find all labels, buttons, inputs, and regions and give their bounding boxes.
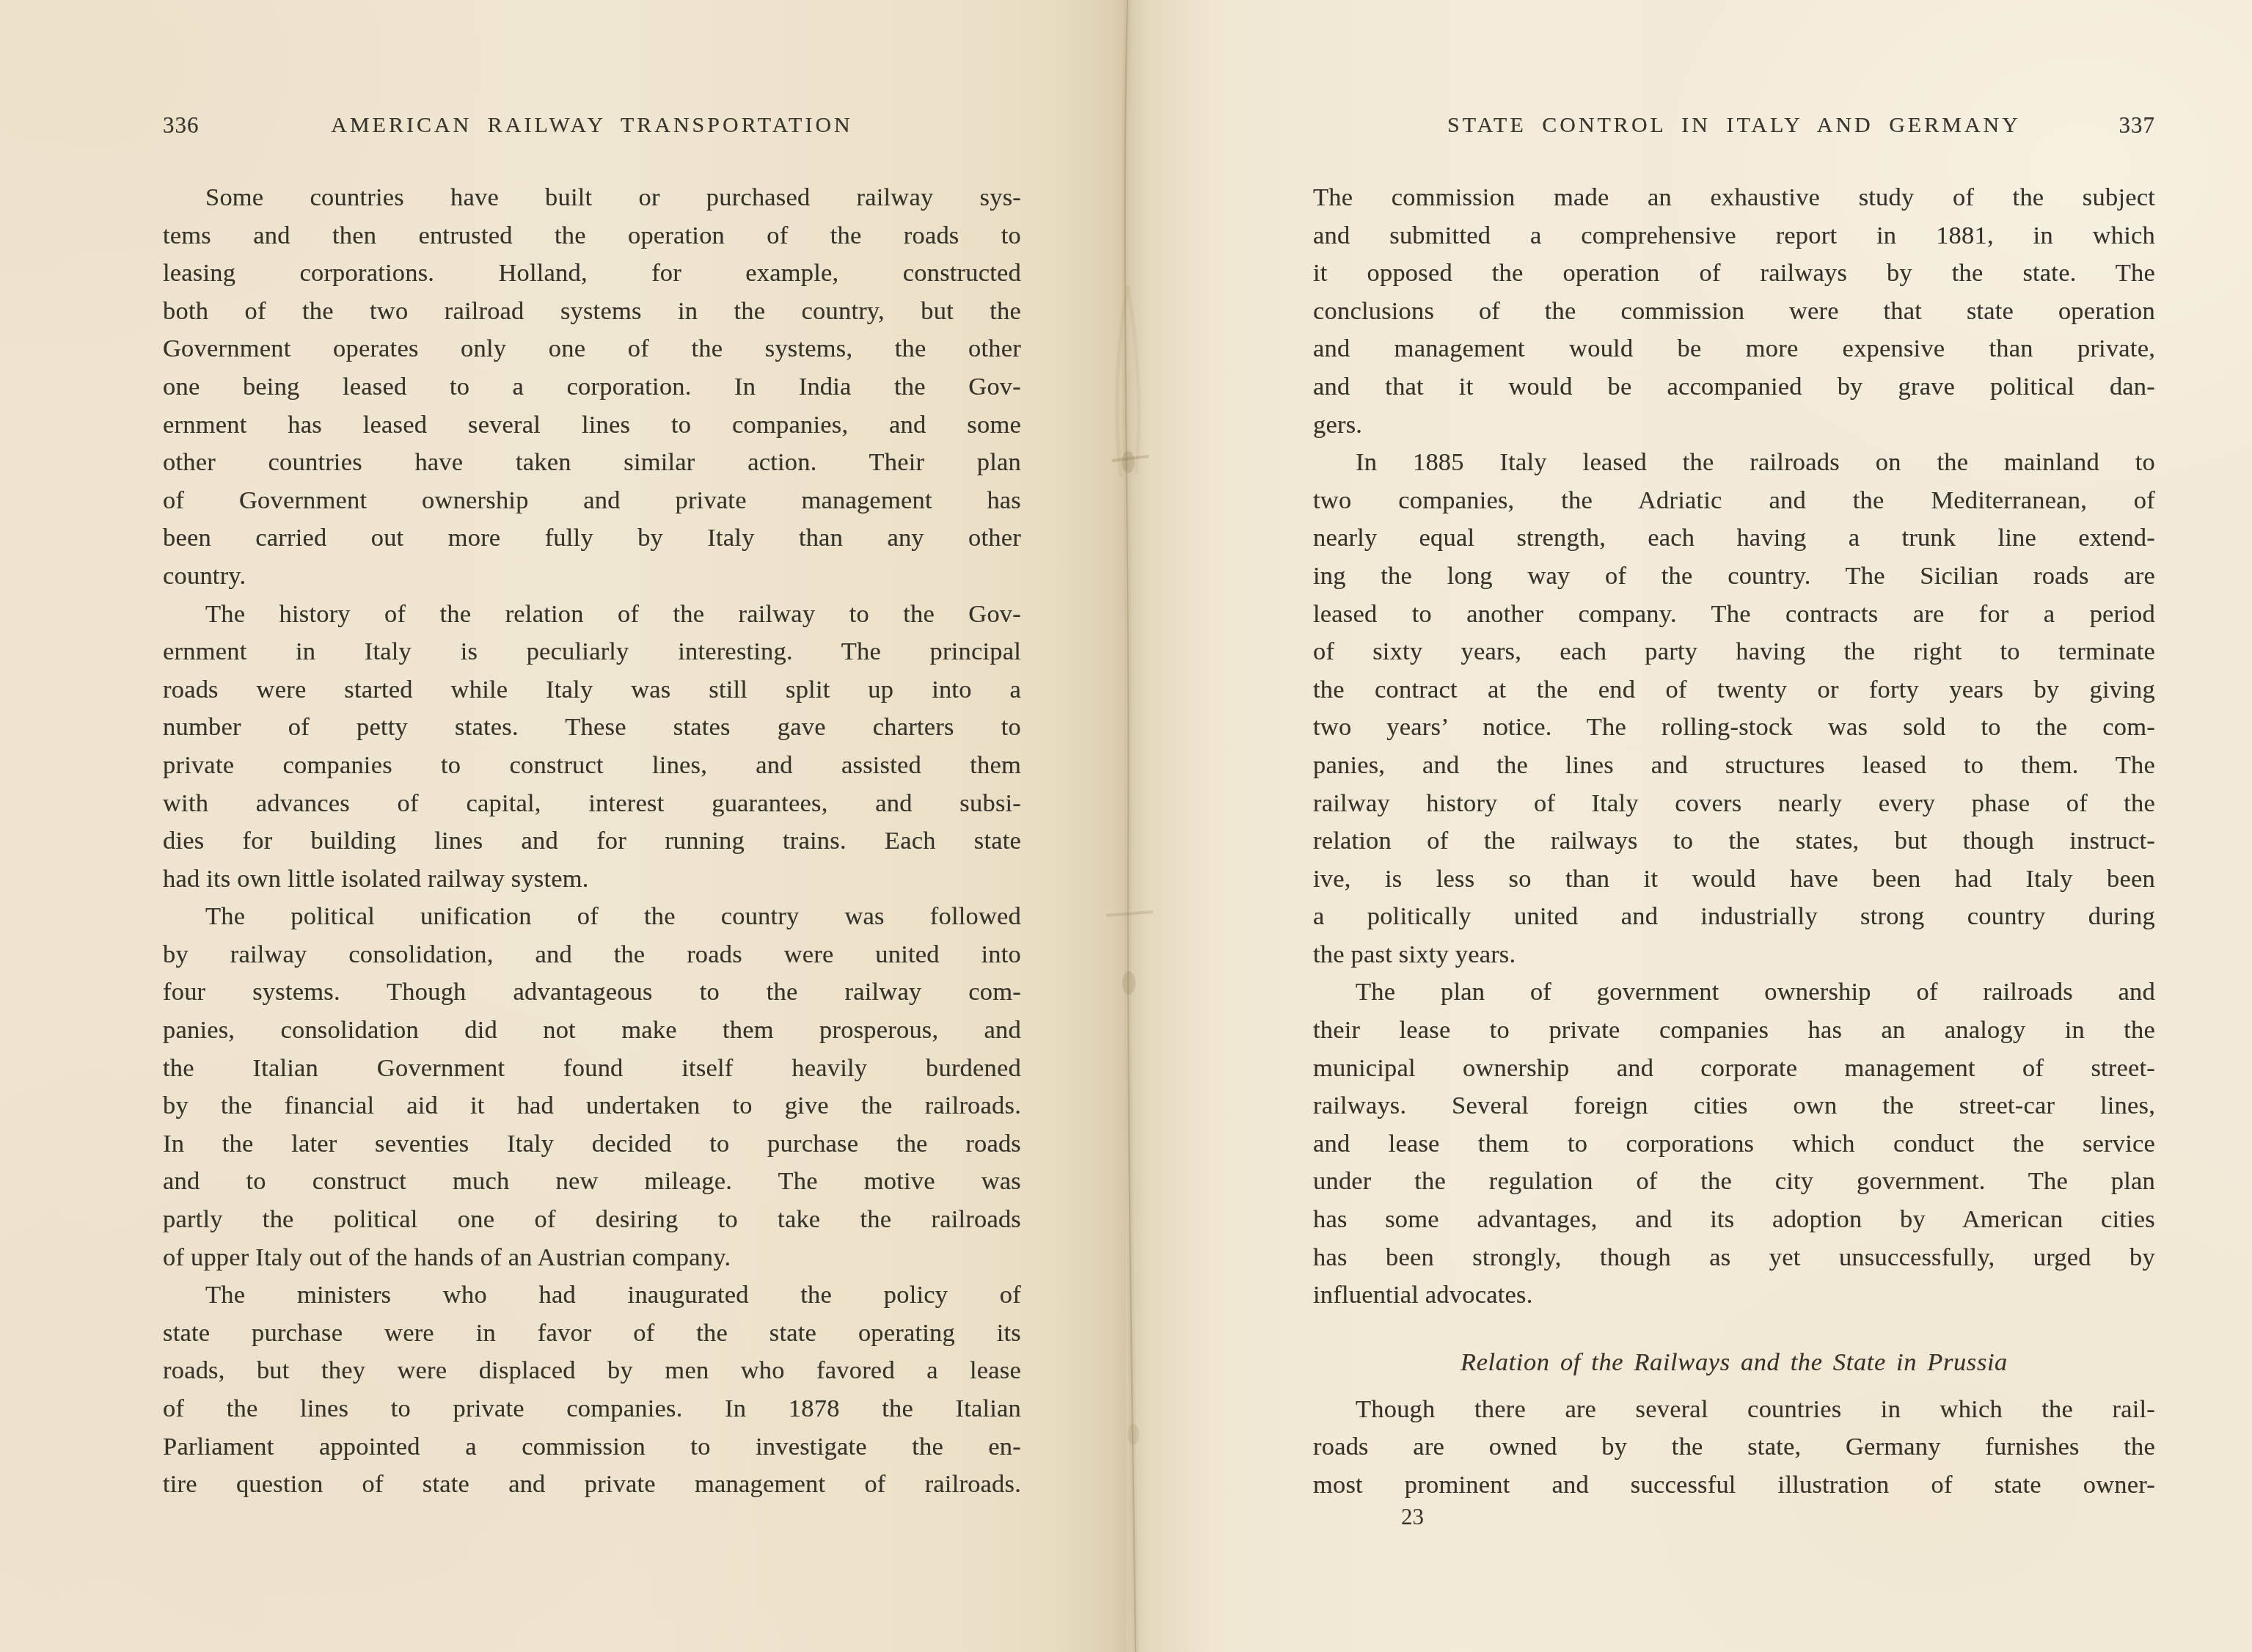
text-line: and management would be more expensive t…: [1313, 330, 2155, 368]
paragraph: The ministers who had inaugurated the po…: [163, 1276, 1021, 1504]
text-line: leasing corporations. Holland, for examp…: [163, 255, 1021, 293]
text-line: Government operates only one of the syst…: [163, 330, 1021, 368]
text-line: one being leased to a corporation. In In…: [163, 368, 1021, 406]
text-line: has some advantages, and its adoption by…: [1313, 1201, 2155, 1239]
right-body-text-after-heading: Though there are several countries in wh…: [1313, 1391, 2155, 1505]
text-line: state purchase were in favor of the stat…: [163, 1315, 1021, 1353]
text-line: country.: [163, 558, 1021, 596]
text-line: The ministers who had inaugurated the po…: [163, 1276, 1021, 1315]
right-body-text: The commission made an exhaustive study …: [1313, 179, 2155, 1315]
right-text-block: STATE CONTROL IN ITALY AND GERMANY 337 T…: [1313, 110, 2155, 1534]
text-line: under the regulation of the city governm…: [1313, 1163, 2155, 1201]
text-line: two companies, the Adriatic and the Medi…: [1313, 482, 2155, 520]
left-text-block: 336 AMERICAN RAILWAY TRANSPORTATION Some…: [163, 110, 1021, 1504]
text-line: influential advocates.: [1313, 1276, 2155, 1315]
text-line: of upper Italy out of the hands of an Au…: [163, 1239, 1021, 1277]
text-line: partly the political one of desiring to …: [163, 1201, 1021, 1239]
text-line: nearly equal strength, each having a tru…: [1313, 519, 2155, 558]
text-line: with advances of capital, interest guara…: [163, 785, 1021, 823]
text-line: roads, but they were displaced by men wh…: [163, 1352, 1021, 1390]
text-line: In 1885 Italy leased the railroads on th…: [1313, 444, 2155, 482]
text-line: ernment in Italy is peculiarly interesti…: [163, 633, 1021, 671]
text-line: In the later seventies Italy decided to …: [163, 1125, 1021, 1163]
text-line: other countries have taken similar actio…: [163, 444, 1021, 482]
right-running-title: STATE CONTROL IN ITALY AND GERMANY: [1313, 110, 2155, 141]
page-right: STATE CONTROL IN ITALY AND GERMANY 337 T…: [1126, 0, 2252, 1652]
text-line: The commission made an exhaustive study …: [1313, 179, 2155, 217]
text-line: and submitted a comprehensive report in …: [1313, 217, 2155, 255]
text-line: had its own little isolated railway syst…: [163, 860, 1021, 899]
text-line: municipal ownership and corporate manage…: [1313, 1050, 2155, 1088]
right-page-number: 337: [2119, 110, 2156, 141]
paragraph: The commission made an exhaustive study …: [1313, 179, 2155, 444]
text-line: dies for building lines and for running …: [163, 822, 1021, 860]
text-line: ing the long way of the country. The Sic…: [1313, 558, 2155, 596]
text-line: it opposed the operation of railways by …: [1313, 255, 2155, 293]
left-running-title: AMERICAN RAILWAY TRANSPORTATION: [163, 110, 1021, 141]
text-line: of Government ownership and private mana…: [163, 482, 1021, 520]
text-line: roads were started while Italy was still…: [163, 671, 1021, 709]
left-page-number: 336: [163, 110, 200, 141]
text-line: The plan of government ownership of rail…: [1313, 973, 2155, 1012]
text-line: relation of the railways to the states, …: [1313, 822, 2155, 860]
text-line: tems and then entrusted the operation of…: [163, 217, 1021, 255]
text-line: The history of the relation of the railw…: [163, 596, 1021, 634]
text-line: two years’ notice. The rolling-stock was…: [1313, 709, 2155, 747]
paragraph: Some countries have built or purchased r…: [163, 179, 1021, 596]
text-line: panies, and the lines and structures lea…: [1313, 747, 2155, 785]
text-line: of the lines to private companies. In 18…: [163, 1390, 1021, 1428]
text-line: tire question of state and private manag…: [163, 1466, 1021, 1504]
text-line: private companies to construct lines, an…: [163, 747, 1021, 785]
text-line: Some countries have built or purchased r…: [163, 179, 1021, 217]
text-line: Though there are several countries in wh…: [1313, 1391, 2155, 1429]
text-line: ive, is less so than it would have been …: [1313, 860, 2155, 899]
text-line: most prominent and successful illustrati…: [1313, 1466, 2155, 1505]
text-line: been carried out more fully by Italy tha…: [163, 519, 1021, 558]
text-line: by railway consolidation, and the roads …: [163, 936, 1021, 974]
text-line: The political unification of the country…: [163, 898, 1021, 936]
text-line: both of the two railroad systems in the …: [163, 293, 1021, 331]
paragraph: The political unification of the country…: [163, 898, 1021, 1276]
paragraph: The plan of government ownership of rail…: [1313, 973, 2155, 1314]
right-running-head: STATE CONTROL IN ITALY AND GERMANY 337: [1313, 110, 2155, 141]
text-line: their lease to private companies has an …: [1313, 1012, 2155, 1050]
text-line: by the financial aid it had undertaken t…: [163, 1087, 1021, 1125]
text-line: gers.: [1313, 406, 2155, 445]
text-line: of sixty years, each party having the ri…: [1313, 633, 2155, 671]
book-spread: 336 AMERICAN RAILWAY TRANSPORTATION Some…: [0, 0, 2252, 1652]
signature-mark: 23: [1313, 1500, 2155, 1534]
section-heading: Relation of the Railways and the State i…: [1313, 1345, 2155, 1379]
text-line: the contract at the end of twenty or for…: [1313, 671, 2155, 709]
text-line: four systems. Though advantageous to the…: [163, 973, 1021, 1012]
text-line: has been strongly, though as yet unsucce…: [1313, 1239, 2155, 1277]
text-line: and that it would be accompanied by grav…: [1313, 368, 2155, 406]
text-line: the past sixty years.: [1313, 936, 2155, 974]
paragraph: In 1885 Italy leased the railroads on th…: [1313, 444, 2155, 973]
paragraph: The history of the relation of the railw…: [163, 596, 1021, 899]
text-line: and lease them to corporations which con…: [1313, 1125, 2155, 1163]
text-line: panies, consolidation did not make them …: [163, 1012, 1021, 1050]
page-left: 336 AMERICAN RAILWAY TRANSPORTATION Some…: [0, 0, 1126, 1652]
text-line: ernment has leased several lines to comp…: [163, 406, 1021, 445]
left-running-head: 336 AMERICAN RAILWAY TRANSPORTATION: [163, 110, 1021, 141]
text-line: the Italian Government found itself heav…: [163, 1050, 1021, 1088]
text-line: roads are owned by the state, Germany fu…: [1313, 1428, 2155, 1466]
text-line: railways. Several foreign cities own the…: [1313, 1087, 2155, 1125]
text-line: number of petty states. These states gav…: [163, 709, 1021, 747]
text-line: Parliament appointed a commission to inv…: [163, 1428, 1021, 1466]
paragraph: Though there are several countries in wh…: [1313, 1391, 2155, 1505]
text-line: railway history of Italy covers nearly e…: [1313, 785, 2155, 823]
text-line: conclusions of the commission were that …: [1313, 293, 2155, 331]
text-line: leased to another company. The contracts…: [1313, 596, 2155, 634]
text-line: a politically united and industrially st…: [1313, 898, 2155, 936]
left-body-text: Some countries have built or purchased r…: [163, 179, 1021, 1504]
text-line: and to construct much new mileage. The m…: [163, 1163, 1021, 1201]
